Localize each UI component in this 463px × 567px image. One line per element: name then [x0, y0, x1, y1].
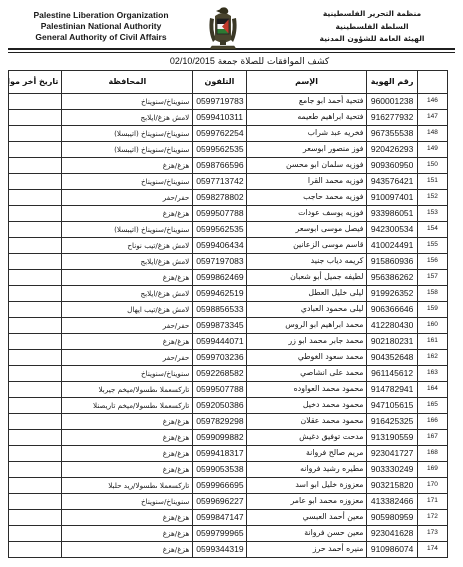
- last-approval-cell: [9, 158, 62, 174]
- name-cell: معين أحمد العبسي: [246, 510, 367, 526]
- table-row: 147916277932فتحية ابراهيم طعيمه059941031…: [9, 110, 448, 126]
- table-row: 170903215820معزوزة خليل ابو اسد059996669…: [9, 478, 448, 494]
- id-number-cell: 412280430: [367, 318, 417, 334]
- row-number-cell: 149: [417, 142, 447, 158]
- row-number-cell: 151: [417, 174, 447, 190]
- name-cell: محمود محمد العواوده: [246, 382, 367, 398]
- last-approval-cell: [9, 446, 62, 462]
- governorate-cell: هزغ/هزغ: [62, 334, 193, 350]
- last-approval-cell: [9, 478, 62, 494]
- title-text: كشف الموافقات للصلاة جمعة: [218, 57, 329, 67]
- governorate-cell: لامش هزغ/ايلابج: [62, 110, 193, 126]
- id-number-cell: 947105615: [367, 398, 417, 414]
- table-row: 168923041727مريم صالح فروانة0599418317هز…: [9, 446, 448, 462]
- phone-cell: 0599406434: [193, 238, 246, 254]
- last-approval-cell: [9, 270, 62, 286]
- id-number-cell: 919926352: [367, 286, 417, 302]
- table-row: 173923041628معين حسن فروانة0599799965هزغ…: [9, 526, 448, 542]
- table-row: 158919926352ليلى خليل العطل0599462519لام…: [9, 286, 448, 302]
- phone-cell: 0599462519: [193, 286, 246, 302]
- governorate-cell: لامش هزغ/ايلابج: [62, 254, 193, 270]
- table-row: 151943576421فوزيه محمد القرا0597713742سن…: [9, 174, 448, 190]
- id-number-cell: 943576421: [367, 174, 417, 190]
- row-number-cell: 160: [417, 318, 447, 334]
- last-approval-cell: [9, 526, 62, 542]
- id-number-cell: 910986074: [367, 542, 417, 558]
- phone-cell: 0597197083: [193, 254, 246, 270]
- id-number-cell: 933986051: [367, 206, 417, 222]
- last-approval-cell: [9, 190, 62, 206]
- row-number-cell: 157: [417, 270, 447, 286]
- id-number-cell: 905980959: [367, 510, 417, 526]
- table-row: 152910097401فوزيه محمد حاجب0598278802حفر…: [9, 190, 448, 206]
- table-row: 155410024491قاسم موسى الزعانين0599406434…: [9, 238, 448, 254]
- approvals-table: رقم الهوية الإسم التلفون المحافظة تاريخ …: [8, 70, 448, 558]
- table-row: 164914782941محمود محمد العواوده059950778…: [9, 382, 448, 398]
- id-number-cell: 961145612: [367, 366, 417, 382]
- last-approval-cell: [9, 382, 62, 398]
- governorate-cell: سنويناخ/سنويناخ: [62, 174, 193, 190]
- name-cell: فوزيه يوسف عودات: [246, 206, 367, 222]
- governorate-cell: هزغ/هزغ: [62, 430, 193, 446]
- row-number-cell: 147: [417, 110, 447, 126]
- governorate-cell: هزغ/هزغ: [62, 510, 193, 526]
- letterhead: Palestine Liberation Organization Palest…: [8, 6, 455, 46]
- palestinian-eagle-emblem: [202, 6, 248, 54]
- name-cell: معين حسن فروانة: [246, 526, 367, 542]
- row-number-cell: 166: [417, 414, 447, 430]
- governorate-cell: هزغ/هزغ: [62, 270, 193, 286]
- name-cell: معزوزة خليل ابو اسد: [246, 478, 367, 494]
- row-number-cell: 152: [417, 190, 447, 206]
- id-number-cell: 910097401: [367, 190, 417, 206]
- row-number-cell: 173: [417, 526, 447, 542]
- row-number-cell: 169: [417, 462, 447, 478]
- last-approval-cell: [9, 510, 62, 526]
- governorate-cell: حفر/حفر: [62, 318, 193, 334]
- name-cell: لطيفه جميل أبو شعبان: [246, 270, 367, 286]
- table-row: 153933986051فوزيه يوسف عودات0599507788هز…: [9, 206, 448, 222]
- name-cell: ليلى محمود العبادي: [246, 302, 367, 318]
- last-approval-cell: [9, 142, 62, 158]
- header-last-approval: تاريخ أخر موافقة: [9, 71, 62, 94]
- phone-cell: 0599562535: [193, 142, 246, 158]
- row-number-cell: 171: [417, 494, 447, 510]
- table-row: 159906366646ليلى محمود العبادي0598856533…: [9, 302, 448, 318]
- last-approval-cell: [9, 398, 62, 414]
- governorate-cell: سنويناخ/سنويناخ (اتيبسلا): [62, 126, 193, 142]
- phone-cell: 0599410311: [193, 110, 246, 126]
- table-row: 156915860936كريمه دياب جنيد0597197083لام…: [9, 254, 448, 270]
- name-cell: مدحت توفيق دغيش: [246, 430, 367, 446]
- header-row-number: [417, 71, 447, 94]
- governorate-cell: تاركسعملا ىطسولا/ميخم تاريصنلا: [62, 398, 193, 414]
- id-number-cell: 906366646: [367, 302, 417, 318]
- id-number-cell: 903215820: [367, 478, 417, 494]
- last-approval-cell: [9, 254, 62, 270]
- governorate-cell: هزغ/هزغ: [62, 206, 193, 222]
- id-number-cell: 904352648: [367, 350, 417, 366]
- table-row: 172905980959معين أحمد العبسي0599847147هز…: [9, 510, 448, 526]
- phone-cell: 0592268582: [193, 366, 246, 382]
- id-number-cell: 960001238: [367, 94, 417, 110]
- name-cell: قاسم موسى الزعانين: [246, 238, 367, 254]
- last-approval-cell: [9, 542, 62, 558]
- phone-cell: 0599507788: [193, 206, 246, 222]
- last-approval-cell: [9, 302, 62, 318]
- row-number-cell: 156: [417, 254, 447, 270]
- name-cell: فوزيه سلمان ابو محسن: [246, 158, 367, 174]
- governorate-cell: هزغ/هزغ: [62, 462, 193, 478]
- table-row: 148967355538فخريه عبد شراب0599762254سنوي…: [9, 126, 448, 142]
- phone-cell: 0592050386: [193, 398, 246, 414]
- name-cell: فتحية أحمد ابو جامع: [246, 94, 367, 110]
- table-row: 166916425325محمود محمد عقلان0597829298هز…: [9, 414, 448, 430]
- name-cell: مطيره رشيد فروانه: [246, 462, 367, 478]
- id-number-cell: 923041628: [367, 526, 417, 542]
- governorate-cell: سنويناخ/سنويناخ: [62, 366, 193, 382]
- table-row: 174910986074منيره أحمد حرز0599344319هزغ/…: [9, 542, 448, 558]
- name-cell: فتحية ابراهيم طعيمه: [246, 110, 367, 126]
- last-approval-cell: [9, 94, 62, 110]
- row-number-cell: 170: [417, 478, 447, 494]
- last-approval-cell: [9, 222, 62, 238]
- row-number-cell: 163: [417, 366, 447, 382]
- row-number-cell: 148: [417, 126, 447, 142]
- last-approval-cell: [9, 430, 62, 446]
- row-number-cell: 146: [417, 94, 447, 110]
- id-number-cell: 913190559: [367, 430, 417, 446]
- eagle-of-saladin-icon: [202, 6, 244, 50]
- last-approval-cell: [9, 350, 62, 366]
- table-row: 146960001238فتحية أحمد ابو جامع059971978…: [9, 94, 448, 110]
- phone-cell: 0599562535: [193, 222, 246, 238]
- phone-cell: 0598856533: [193, 302, 246, 318]
- row-number-cell: 172: [417, 510, 447, 526]
- name-cell: كريمه دياب جنيد: [246, 254, 367, 270]
- name-cell: مريم صالح فروانة: [246, 446, 367, 462]
- id-number-cell: 915860936: [367, 254, 417, 270]
- id-number-cell: 967355538: [367, 126, 417, 142]
- org-ar-line1: منظمة التحرير الفلسطينية: [293, 8, 451, 21]
- table-row: 169903330249مطيره رشيد فروانه0599053538ه…: [9, 462, 448, 478]
- phone-cell: 0598766596: [193, 158, 246, 174]
- phone-cell: 0599762254: [193, 126, 246, 142]
- phone-cell: 0599719783: [193, 94, 246, 110]
- governorate-cell: هزغ/هزغ: [62, 542, 193, 558]
- org-en-line3: General Authority of Civil Affairs: [8, 32, 194, 43]
- header-governorate: المحافظة: [62, 71, 193, 94]
- org-ar-line3: الهيئة العامة للشؤون المدنية: [293, 33, 451, 46]
- org-en-line1: Palestine Liberation Organization: [8, 10, 194, 21]
- phone-cell: 0599344319: [193, 542, 246, 558]
- id-number-cell: 923041727: [367, 446, 417, 462]
- id-number-cell: 942300534: [367, 222, 417, 238]
- governorate-cell: هزغ/هزغ: [62, 526, 193, 542]
- name-cell: محمد جابر محمد ابو زر: [246, 334, 367, 350]
- governorate-cell: سنويناخ/سنويناخ (اتيبسلا): [62, 222, 193, 238]
- name-cell: محمود محمد دخيل: [246, 398, 367, 414]
- name-cell: فخريه عبد شراب: [246, 126, 367, 142]
- last-approval-cell: [9, 286, 62, 302]
- row-number-cell: 150: [417, 158, 447, 174]
- governorate-cell: هزغ/هزغ: [62, 414, 193, 430]
- org-name-arabic: منظمة التحرير الفلسطينية السلطة الفلسطين…: [293, 6, 451, 46]
- id-number-cell: 920426293: [367, 142, 417, 158]
- phone-cell: 0599418317: [193, 446, 246, 462]
- name-cell: محمود محمد عقلان: [246, 414, 367, 430]
- header-phone: التلفون: [193, 71, 246, 94]
- phone-cell: 0599966695: [193, 478, 246, 494]
- id-number-cell: 909360950: [367, 158, 417, 174]
- id-number-cell: 916425325: [367, 414, 417, 430]
- phone-cell: 0599703236: [193, 350, 246, 366]
- table-body: 146960001238فتحية أحمد ابو جامع059971978…: [9, 94, 448, 558]
- last-approval-cell: [9, 318, 62, 334]
- document-page: Palestine Liberation Organization Palest…: [0, 0, 463, 567]
- governorate-cell: سنويناخ/سنويناخ: [62, 494, 193, 510]
- phone-cell: 0597713742: [193, 174, 246, 190]
- table-row: 163961145612محمد على انشاصي0592268582سنو…: [9, 366, 448, 382]
- id-number-cell: 916277932: [367, 110, 417, 126]
- row-number-cell: 165: [417, 398, 447, 414]
- last-approval-cell: [9, 126, 62, 142]
- id-number-cell: 413382466: [367, 494, 417, 510]
- phone-cell: 0598278802: [193, 190, 246, 206]
- row-number-cell: 167: [417, 430, 447, 446]
- org-ar-line2: السلطة الفلسطينية: [293, 21, 451, 34]
- last-approval-cell: [9, 462, 62, 478]
- last-approval-cell: [9, 174, 62, 190]
- governorate-cell: حفر/حفر: [62, 350, 193, 366]
- document-title: كشف الموافقات للصلاة جمعة 02/10/2015: [26, 56, 463, 67]
- last-approval-cell: [9, 494, 62, 510]
- id-number-cell: 903330249: [367, 462, 417, 478]
- last-approval-cell: [9, 206, 62, 222]
- governorate-cell: سنويناخ/سنويناخ: [62, 94, 193, 110]
- governorate-cell: تاركسعملا ىطسولا/ميخم جيربلا: [62, 382, 193, 398]
- phone-cell: 0599444071: [193, 334, 246, 350]
- table-row: 165947105615محمود محمد دخيل0592050386تار…: [9, 398, 448, 414]
- governorate-cell: سنويناخ/سنويناخ (اتيبسلا): [62, 142, 193, 158]
- name-cell: معزوزه محمد ابو عامر: [246, 494, 367, 510]
- name-cell: ليلى خليل العطل: [246, 286, 367, 302]
- governorate-cell: لامش هزغ/تيب نوناح: [62, 238, 193, 254]
- name-cell: منيره أحمد حرز: [246, 542, 367, 558]
- name-cell: فيصل موسى ابوسعر: [246, 222, 367, 238]
- governorate-cell: لامش هزغ/تيب ايهال: [62, 302, 193, 318]
- table-row: 167913190559مدحت توفيق دغيش0599099882هزغ…: [9, 430, 448, 446]
- id-number-cell: 410024491: [367, 238, 417, 254]
- name-cell: محمد ابراهيم ابو الروس: [246, 318, 367, 334]
- id-number-cell: 914782941: [367, 382, 417, 398]
- row-number-cell: 161: [417, 334, 447, 350]
- governorate-cell: تاركسعملا ىطسولا/ريد حلبلا: [62, 478, 193, 494]
- header-row: رقم الهوية الإسم التلفون المحافظة تاريخ …: [9, 71, 448, 94]
- row-number-cell: 162: [417, 350, 447, 366]
- id-number-cell: 902180231: [367, 334, 417, 350]
- phone-cell: 0599696227: [193, 494, 246, 510]
- phone-cell: 0599053538: [193, 462, 246, 478]
- org-name-english: Palestine Liberation Organization Palest…: [8, 6, 194, 43]
- row-number-cell: 174: [417, 542, 447, 558]
- header-name: الإسم: [246, 71, 367, 94]
- id-number-cell: 956386262: [367, 270, 417, 286]
- table-row: 171413382466معزوزه محمد ابو عامر05996962…: [9, 494, 448, 510]
- name-cell: محمد سعود الغوطي: [246, 350, 367, 366]
- phone-cell: 0599799965: [193, 526, 246, 542]
- table-row: 160412280430محمد ابراهيم ابو الروس059987…: [9, 318, 448, 334]
- last-approval-cell: [9, 110, 62, 126]
- governorate-cell: هزغ/هزغ: [62, 446, 193, 462]
- last-approval-cell: [9, 414, 62, 430]
- last-approval-cell: [9, 238, 62, 254]
- name-cell: فوز منصور ابوسعر: [246, 142, 367, 158]
- name-cell: فوزيه محمد حاجب: [246, 190, 367, 206]
- governorate-cell: حفر/حفر: [62, 190, 193, 206]
- name-cell: فوزيه محمد القرا: [246, 174, 367, 190]
- table-row: 161902180231محمد جابر محمد ابو زر0599444…: [9, 334, 448, 350]
- row-number-cell: 164: [417, 382, 447, 398]
- header-id-number: رقم الهوية: [367, 71, 417, 94]
- row-number-cell: 153: [417, 206, 447, 222]
- row-number-cell: 168: [417, 446, 447, 462]
- governorate-cell: هزغ/هزغ: [62, 158, 193, 174]
- name-cell: محمد على انشاصي: [246, 366, 367, 382]
- last-approval-cell: [9, 334, 62, 350]
- row-number-cell: 159: [417, 302, 447, 318]
- row-number-cell: 154: [417, 222, 447, 238]
- title-date: 02/10/2015: [170, 56, 215, 66]
- table-row: 162904352648محمد سعود الغوطي0599703236حف…: [9, 350, 448, 366]
- org-en-line2: Palestinian National Authority: [8, 21, 194, 32]
- table-row: 154942300534فيصل موسى ابوسعر0599562535سن…: [9, 222, 448, 238]
- last-approval-cell: [9, 366, 62, 382]
- table-row: 149920426293فوز منصور ابوسعر0599562535سن…: [9, 142, 448, 158]
- table-row: 150909360950فوزيه سلمان ابو محسن05987665…: [9, 158, 448, 174]
- table-row: 157956386262لطيفه جميل أبو شعبان05998624…: [9, 270, 448, 286]
- phone-cell: 0599507788: [193, 382, 246, 398]
- phone-cell: 0599873345: [193, 318, 246, 334]
- row-number-cell: 155: [417, 238, 447, 254]
- table-header: رقم الهوية الإسم التلفون المحافظة تاريخ …: [9, 71, 448, 94]
- phone-cell: 0599099882: [193, 430, 246, 446]
- phone-cell: 0599847147: [193, 510, 246, 526]
- row-number-cell: 158: [417, 286, 447, 302]
- governorate-cell: لامش هزغ/ايلابج: [62, 286, 193, 302]
- phone-cell: 0599862469: [193, 270, 246, 286]
- phone-cell: 0597829298: [193, 414, 246, 430]
